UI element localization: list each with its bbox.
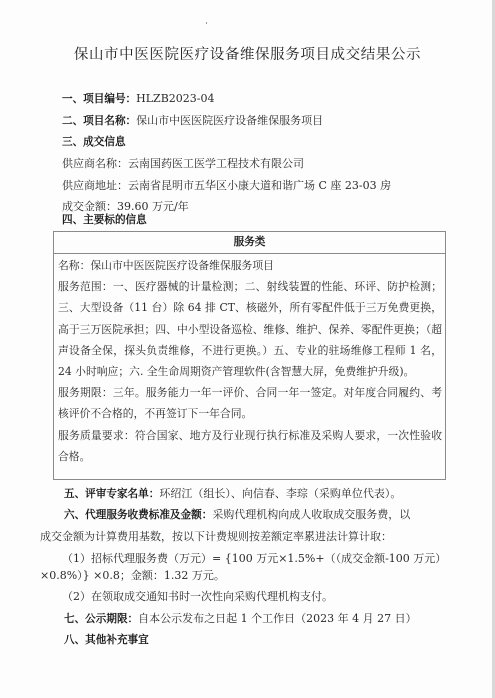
service-quality: 服务质量要求：符合国家、地方及行业现行执行标准及采购人要求，一次性验收合格。	[58, 425, 442, 467]
subject-info-heading: 四、主要标的信息	[62, 213, 147, 227]
agency-fee-label: 六、代理服务收费标准及金额：	[64, 509, 212, 521]
publicity-period-value: 自本公示发布之日起 1 个工作日（2023 年 4 月 27 日）	[138, 612, 416, 625]
project-name-value: 保山市中医医院医疗设备维保服务项目	[136, 114, 323, 127]
deal-info-heading: 三、成交信息	[62, 135, 126, 149]
fee-formula-cont: ×0.8%）} ×0.8；金额：1.32 万元。	[40, 569, 225, 583]
publicity-period: 七、公示期限：自本公示发布之日起 1 个工作日（2023 年 4 月 27 日）	[64, 612, 417, 626]
expert-list-label: 五、评审专家名单：	[64, 488, 159, 500]
agency-fee-basis: 成交金额为计算费用基数，按以下计费规则按差额定率累进法计算计取：	[40, 530, 392, 544]
scan-speck	[206, 22, 207, 24]
fee-payment: （2）在领取成交通知书时一次性向采购代理机构支付。	[62, 590, 333, 604]
other-matters-heading: 八、其他补充事宜	[64, 633, 149, 647]
project-number-label: 一、项目编号：	[62, 93, 136, 105]
project-name-label: 二、项目名称：	[62, 115, 136, 127]
deal-amount: 成交金额：39.60 万元/年	[62, 200, 189, 214]
expert-list: 五、评审专家名单：环绍江（组长）、向信春、李琮（采购单位代表）。	[64, 487, 401, 501]
service-scope: 服务范围：一、医疗器械的计量检测；二、射线装置的性能、环评、防护检测；三、大型设…	[58, 276, 442, 382]
expert-list-value: 环绍江（组长）、向信春、李琮（采购单位代表）。	[159, 487, 401, 500]
fee-formula: （1）招标代理服务费（万元）= {100 万元×1.5%+（（成交金额-100 …	[62, 552, 446, 566]
document-title: 保山市中医医院医疗设备维保服务项目成交结果公示	[0, 43, 495, 64]
agency-fee-value: 采购代理机构向成人收取成交服务费，以	[212, 508, 410, 521]
project-number-value: HLZB2023-04	[136, 92, 214, 105]
supplier-name: 供应商名称：云南国药医工医学工程技术有限公司	[62, 157, 304, 171]
publicity-period-label: 七、公示期限：	[64, 613, 138, 625]
agency-fee: 六、代理服务收费标准及金额：采购代理机构向成人收取成交服务费，以	[64, 508, 410, 522]
table-body: 名称：保山市中医医院医疗设备维保服务项目 服务范围：一、医疗器械的计量检测；二、…	[54, 254, 445, 467]
supplier-address: 供应商地址：云南省昆明市五华区小康大道和谐广场 C 座 23-03 房	[62, 179, 391, 193]
table-header: 服务类	[54, 232, 445, 254]
service-name: 名称：保山市中医医院医疗设备维保服务项目	[58, 255, 442, 276]
project-name: 二、项目名称：保山市中医医院医疗设备维保服务项目	[62, 114, 323, 128]
subject-info-table: 服务类 名称：保山市中医医院医疗设备维保服务项目 服务范围：一、医疗器械的计量检…	[53, 231, 446, 480]
service-term: 服务期限：三年。服务能力一年一评价、合同一年一签定。对年度合同履约、考核评价不合…	[58, 382, 442, 424]
project-number: 一、项目编号：HLZB2023-04	[62, 92, 215, 106]
